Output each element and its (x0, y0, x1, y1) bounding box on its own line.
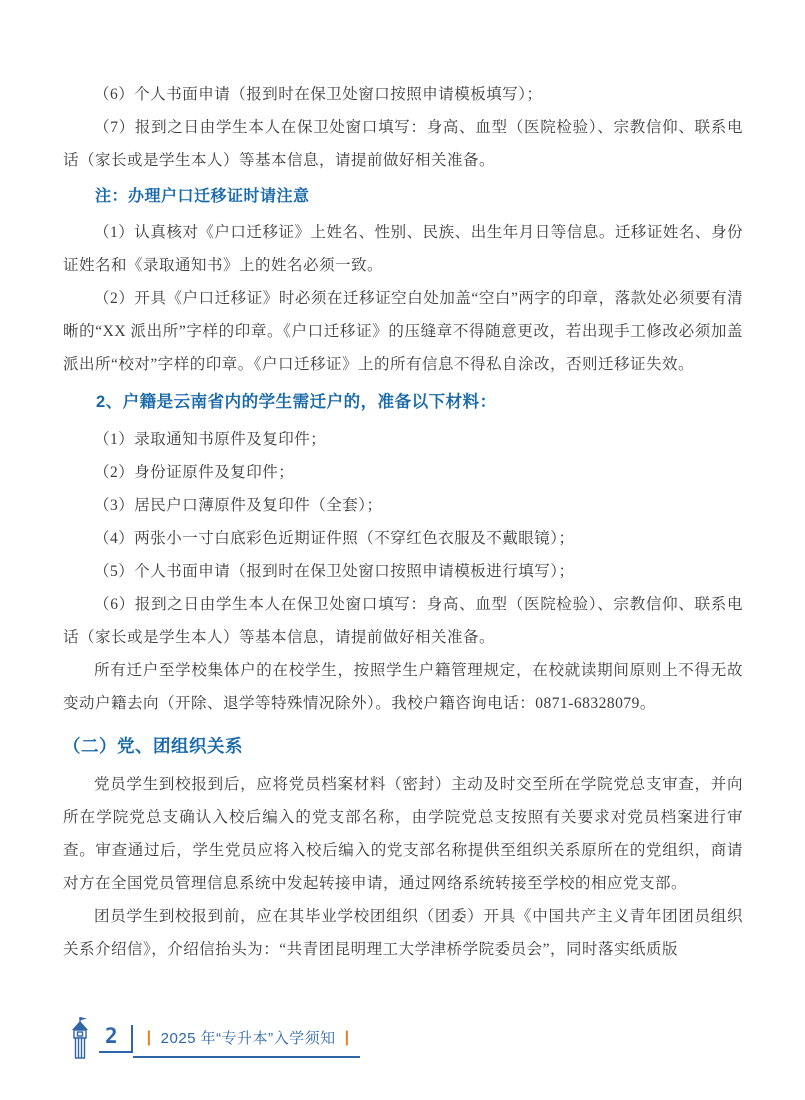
paragraph: 团员学生到校报到前，应在其毕业学校团组织（团委）开具《中国共产主义青年团团员组织… (63, 900, 743, 966)
list-item: （1）录取通知书原件及复印件； (63, 423, 743, 456)
paragraph: 党员学生到校报到后，应将党员档案材料（密封）主动及时交至所在学院党总支审查，并向… (63, 768, 743, 900)
section-heading: （二）党、团组织关系 (63, 728, 743, 764)
campus-tower-icon (68, 1015, 94, 1061)
paragraph: 所有迁户至学校集体户的在校学生，按照学生户籍管理规定，在校就读期间原则上不得无故… (63, 654, 743, 720)
paragraph: （2）开具《户口迁移证》时必须在迁移证空白处加盖“空白”两字的印章，落款处必须要… (63, 282, 743, 381)
paragraph: （6）个人书面申请（报到时在保卫处窗口按照申请模板填写）； (63, 78, 743, 111)
list-item: （4）两张小一寸白底彩色近期证件照（不穿红色衣服及不戴眼镜）； (63, 522, 743, 555)
paragraph: （1）认真核对《户口迁移证》上姓名、性别、民族、出生年月日等信息。迁移证姓名、身… (63, 216, 743, 282)
document-body: （6）个人书面申请（报到时在保卫处窗口按照申请模板填写）； （7）报到之日由学生… (63, 78, 743, 966)
separator-bar: | (147, 1029, 152, 1047)
list-item: （5）个人书面申请（报到时在保卫处窗口按照申请模板进行填写）； (63, 555, 743, 588)
note-heading: 注：办理户口迁移证时请注意 (63, 180, 743, 213)
numbered-heading: 2、户籍是云南省内的学生需迁户的，准备以下材料： (63, 385, 743, 419)
page-footer: 2 | 2025 年“专升本”入学须知 | (68, 1013, 360, 1061)
paragraph: （7）报到之日由学生本人在保卫处窗口填写：身高、血型（医院检验）、宗教信仰、联系… (63, 111, 743, 177)
footer-caption: 2025 年“专升本”入学须知 (161, 1027, 336, 1048)
list-item: （3）居民户口薄原件及复印件（全套）； (63, 489, 743, 522)
separator-bar: | (345, 1029, 350, 1047)
footer-caption-box: | 2025 年“专升本”入学须知 | (133, 1027, 360, 1058)
page-number-box: 2 (99, 1025, 133, 1053)
list-item: （2）身份证原件及复印件； (63, 456, 743, 489)
document-page: （6）个人书面申请（报到时在保卫处窗口按照申请模板填写）； （7）报到之日由学生… (0, 0, 805, 1100)
page-number: 2 (105, 1024, 118, 1048)
list-item: （6）报到之日由学生本人在保卫处窗口填写：身高、血型（医院检验）、宗教信仰、联系… (63, 588, 743, 654)
